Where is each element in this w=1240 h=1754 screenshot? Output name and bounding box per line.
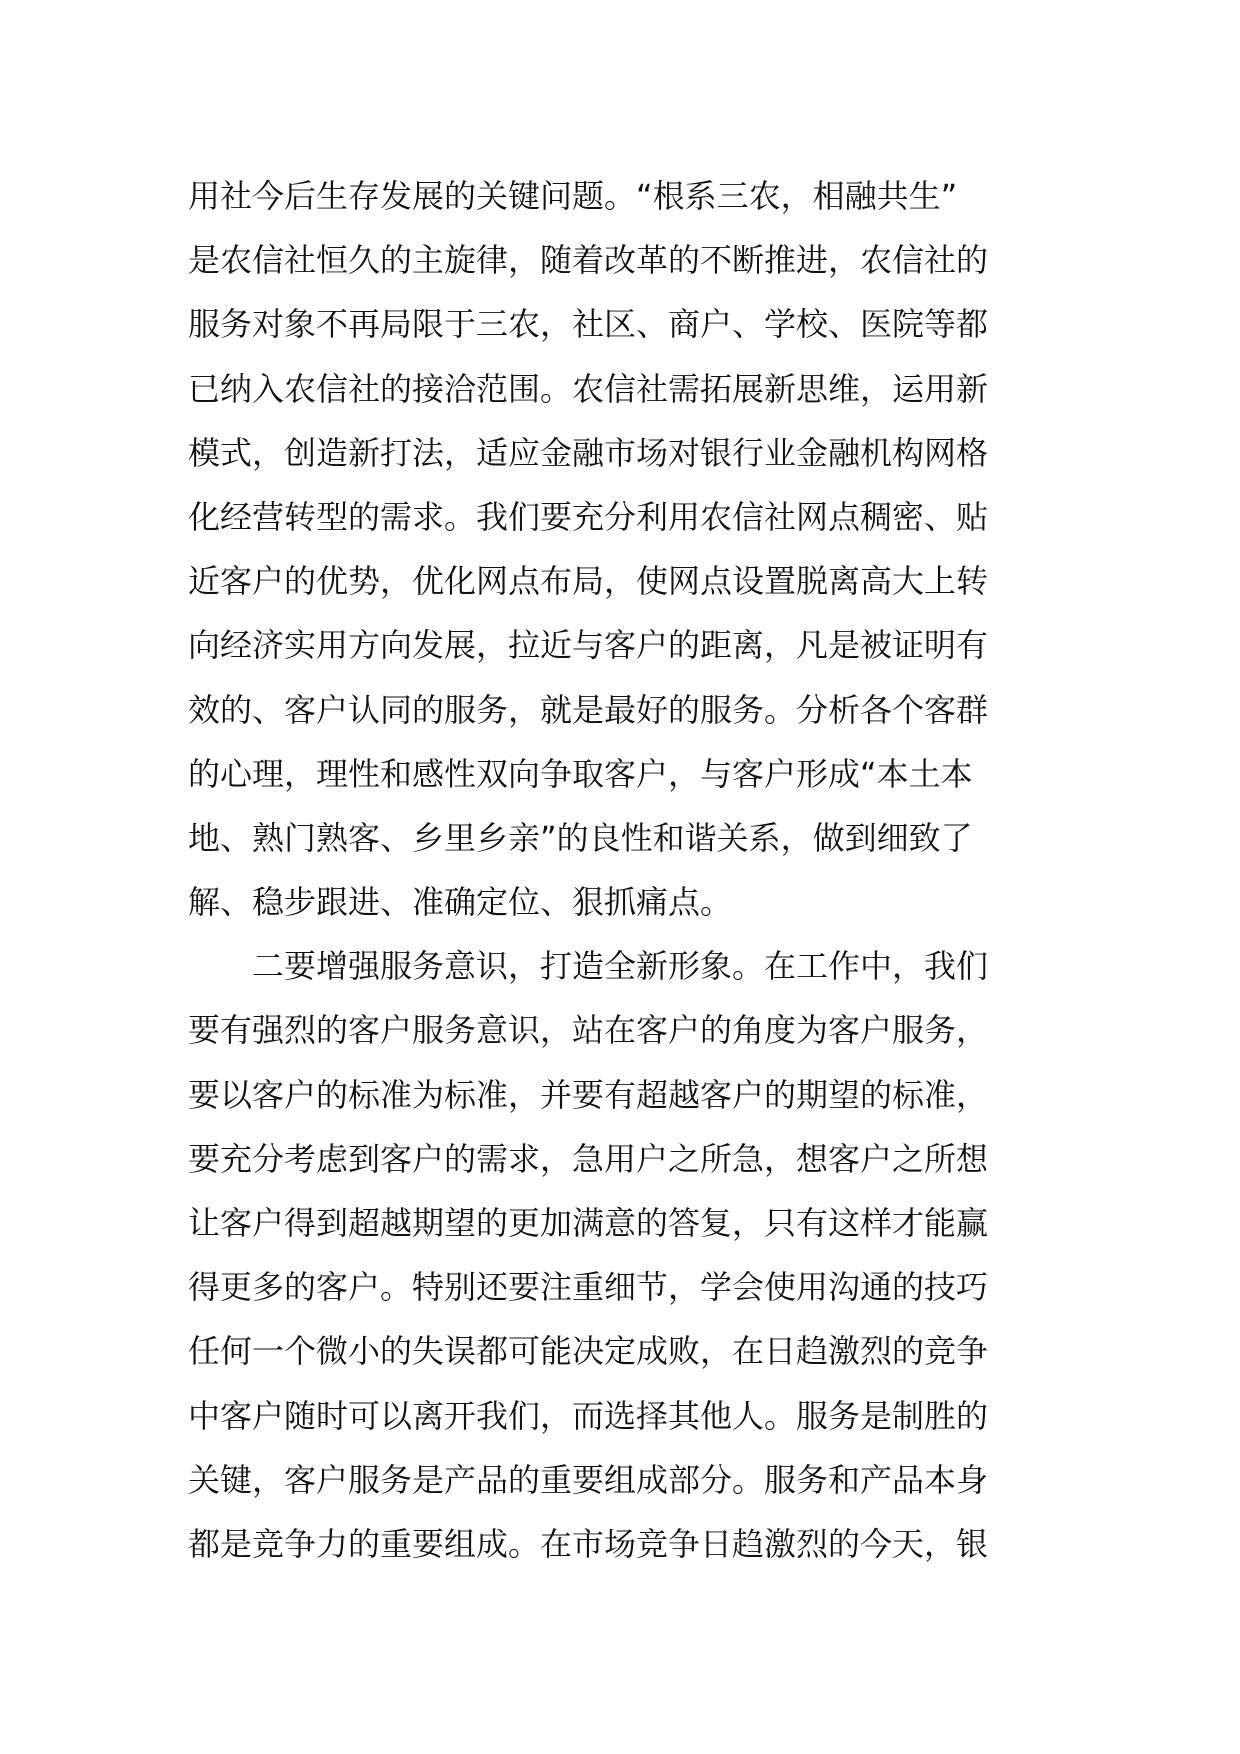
text-line: 模式，创造新打法，适应金融市场对银行业金融机构网格 bbox=[188, 421, 1058, 485]
text-line: 用社今后生存发展的关键问题。“根系三农，相融共生” bbox=[188, 164, 1058, 228]
text-line: 近客户的优势，优化网点布局，使网点设置脱离高大上转 bbox=[188, 549, 1058, 613]
document-body: 用社今后生存发展的关键问题。“根系三农，相融共生” 是农信社恒久的主旋律，随着改… bbox=[188, 164, 1058, 1576]
text-line: 是农信社恒久的主旋律，随着改革的不断推进，农信社的 bbox=[188, 228, 1058, 292]
paragraph-1: 用社今后生存发展的关键问题。“根系三农，相融共生” 是农信社恒久的主旋律，随着改… bbox=[188, 164, 1058, 934]
text-line: 中客户随时可以离开我们，而选择其他人。服务是制胜的 bbox=[188, 1384, 1058, 1448]
text-line: 要有强烈的客户服务意识，站在客户的角度为客户服务， bbox=[188, 998, 1058, 1062]
text-line: 让客户得到超越期望的更加满意的答复，只有这样才能赢 bbox=[188, 1191, 1058, 1255]
document-page: 用社今后生存发展的关键问题。“根系三农，相融共生” 是农信社恒久的主旋律，随着改… bbox=[0, 0, 1240, 1754]
text-line: 任何一个微小的失误都可能决定成败，在日趋激烈的竞争 bbox=[188, 1319, 1058, 1383]
text-line: 的心理，理性和感性双向争取客户，与客户形成“本土本 bbox=[188, 742, 1058, 806]
text-line: 要充分考虑到客户的需求，急用户之所急，想客户之所想 bbox=[188, 1127, 1058, 1191]
text-line: 得更多的客户。特别还要注重细节，学会使用沟通的技巧 bbox=[188, 1255, 1058, 1319]
text-line: 已纳入农信社的接洽范围。农信社需拓展新思维，运用新 bbox=[188, 357, 1058, 421]
text-line: 解、稳步跟进、准确定位、狠抓痛点。 bbox=[188, 870, 1058, 934]
text-line: 效的、客户认同的服务，就是最好的服务。分析各个客群 bbox=[188, 678, 1058, 742]
text-line: 化经营转型的需求。我们要充分利用农信社网点稠密、贴 bbox=[188, 485, 1058, 549]
text-line: 关键，客户服务是产品的重要组成部分。服务和产品本身 bbox=[188, 1448, 1058, 1512]
paragraph-2: 二要增强服务意识，打造全新形象。在工作中，我们 要有强烈的客户服务意识，站在客户… bbox=[188, 934, 1058, 1576]
text-line: 地、熟门熟客、乡里乡亲”的良性和谐关系，做到细致了 bbox=[188, 806, 1058, 870]
text-line-indented: 二要增强服务意识，打造全新形象。在工作中，我们 bbox=[188, 934, 1058, 998]
text-line: 要以客户的标准为标准，并要有超越客户的期望的标准， bbox=[188, 1063, 1058, 1127]
text-line: 服务对象不再局限于三农，社区、商户、学校、医院等都 bbox=[188, 292, 1058, 356]
text-line: 都是竞争力的重要组成。在市场竞争日趋激烈的今天，银 bbox=[188, 1512, 1058, 1576]
text-line: 向经济实用方向发展，拉近与客户的距离，凡是被证明有 bbox=[188, 613, 1058, 677]
